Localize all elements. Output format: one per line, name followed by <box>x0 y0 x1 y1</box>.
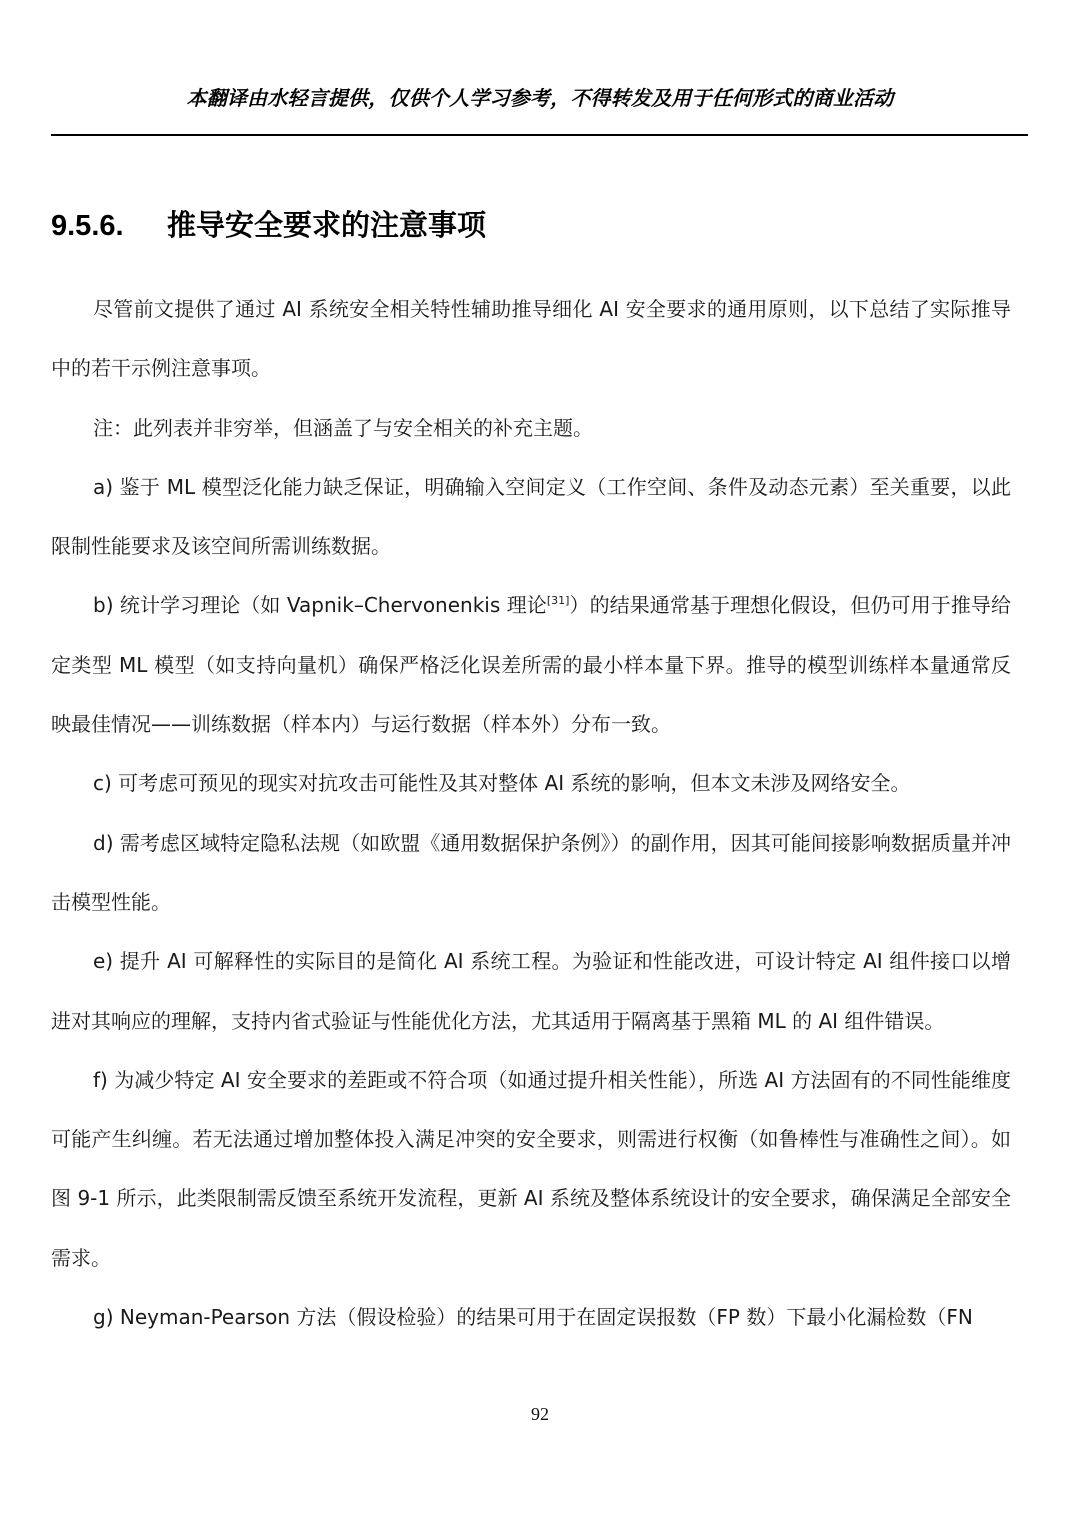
header-disclaimer: 本翻译由水轻言提供，仅供个人学习参考，不得转发及用于任何形式的商业活动 <box>0 82 1080 111</box>
paragraph-intro: 尽管前文提供了通过 AI 系统安全相关特性辅助推导细化 AI 安全要求的通用原则… <box>51 280 1011 399</box>
paragraph-item-e: e) 提升 AI 可解释性的实际目的是简化 AI 系统工程。为验证和性能改进，可… <box>51 932 1011 1051</box>
page-number: 92 <box>0 1404 1080 1425</box>
paragraph-item-d: d) 需考虑区域特定隐私法规（如欧盟《通用数据保护条例》）的副作用，因其可能间接… <box>51 814 1011 933</box>
paragraph-item-g: g) Neyman-Pearson 方法（假设检验）的结果可用于在固定误报数（F… <box>51 1288 1011 1347</box>
paragraph-item-a: a) 鉴于 ML 模型泛化能力缺乏保证，明确输入空间定义（工作空间、条件及动态元… <box>51 458 1011 577</box>
paragraph-item-c: c) 可考虑可预见的现实对抗攻击可能性及其对整体 AI 系统的影响，但本文未涉及… <box>51 754 1011 813</box>
item-b-text-before: b) 统计学习理论（如 Vapnik–Chervonenkis 理论 <box>93 593 547 617</box>
header-divider <box>51 134 1028 136</box>
citation-link[interactable]: [31] <box>547 594 570 607</box>
body-text: 尽管前文提供了通过 AI 系统安全相关特性辅助推导细化 AI 安全要求的通用原则… <box>51 280 1011 1347</box>
section-title: 推导安全要求的注意事项 <box>167 208 486 242</box>
paragraph-item-f: f) 为减少特定 AI 安全要求的差距或不符合项（如通过提升相关性能），所选 A… <box>51 1051 1011 1288</box>
paragraph-note: 注：此列表并非穷举，但涵盖了与安全相关的补充主题。 <box>51 399 1011 458</box>
section-number: 9.5.6. <box>51 210 167 243</box>
section-heading: 9.5.6.推导安全要求的注意事项 <box>51 203 486 244</box>
paragraph-item-b: b) 统计学习理论（如 Vapnik–Chervonenkis 理论[31]）的… <box>51 576 1011 754</box>
